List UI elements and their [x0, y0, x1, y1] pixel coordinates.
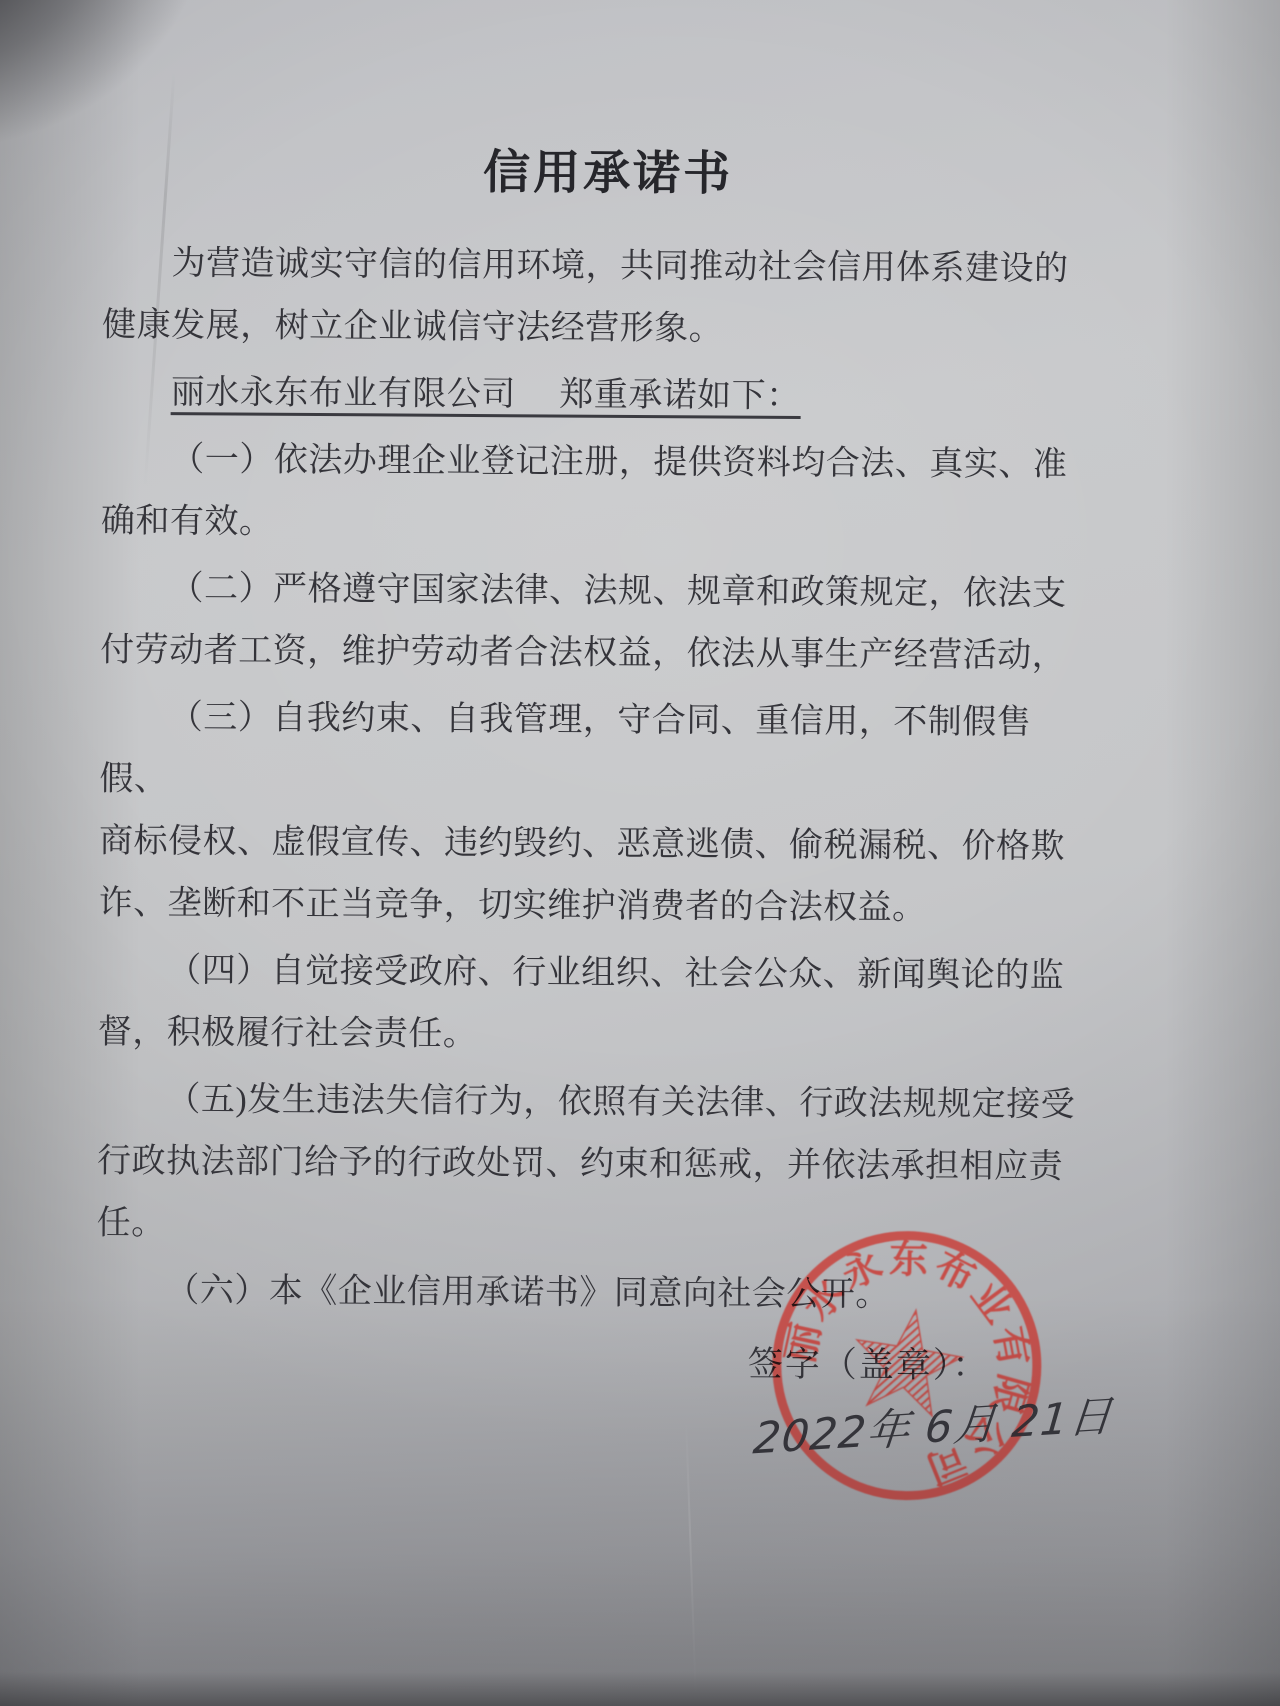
seal-company-char: 丽: [779, 1319, 829, 1366]
seal-company-char: 东: [889, 1238, 929, 1282]
clause-1-paragraph: （一）依法办理企业登记注册，提供资料均合法、真实、准 确和有效。: [101, 429, 1082, 559]
document-body: 为营造诚实守信的信用环境，共同推动社会信用体系建设的 健康发展，树立企业诚信守法…: [96, 233, 1083, 1333]
company-seal: 丽水永东布业有限公司: [767, 1226, 1047, 1506]
clause-3-paragraph: （三）自我约束、自我管理，守合同、重信用，不制假售假、 商标侵权、虚假宣传、违约…: [98, 687, 1079, 941]
clause-4-paragraph: （四）自觉接受政府、行业组织、社会公众、新闻舆论的监 督，积极履行社会责任。: [98, 940, 1079, 1070]
document-title: 信用承诺书: [3, 132, 1213, 206]
company-commitment-line: 丽水永东布业有限公司 郑重承诺如下：: [102, 362, 1082, 430]
photographed-document: { "doc": { "title": "信用承诺书", "paragraphs…: [0, 0, 1280, 1706]
clause-2-paragraph: （二）严格遵守国家法律、法规、规章和政策规定，依法支 付劳动者工资，维护劳动者合…: [100, 558, 1081, 688]
seal-company-char: 有: [986, 1323, 1035, 1369]
document-sheet: 信用承诺书 为营造诚实守信的信用环境，共同推动社会信用体系建设的 健康发展，树立…: [0, 0, 1280, 1706]
intro-paragraph: 为营造诚实守信的信用环境，共同推动社会信用体系建设的 健康发展，树立企业诚信守法…: [102, 233, 1083, 363]
